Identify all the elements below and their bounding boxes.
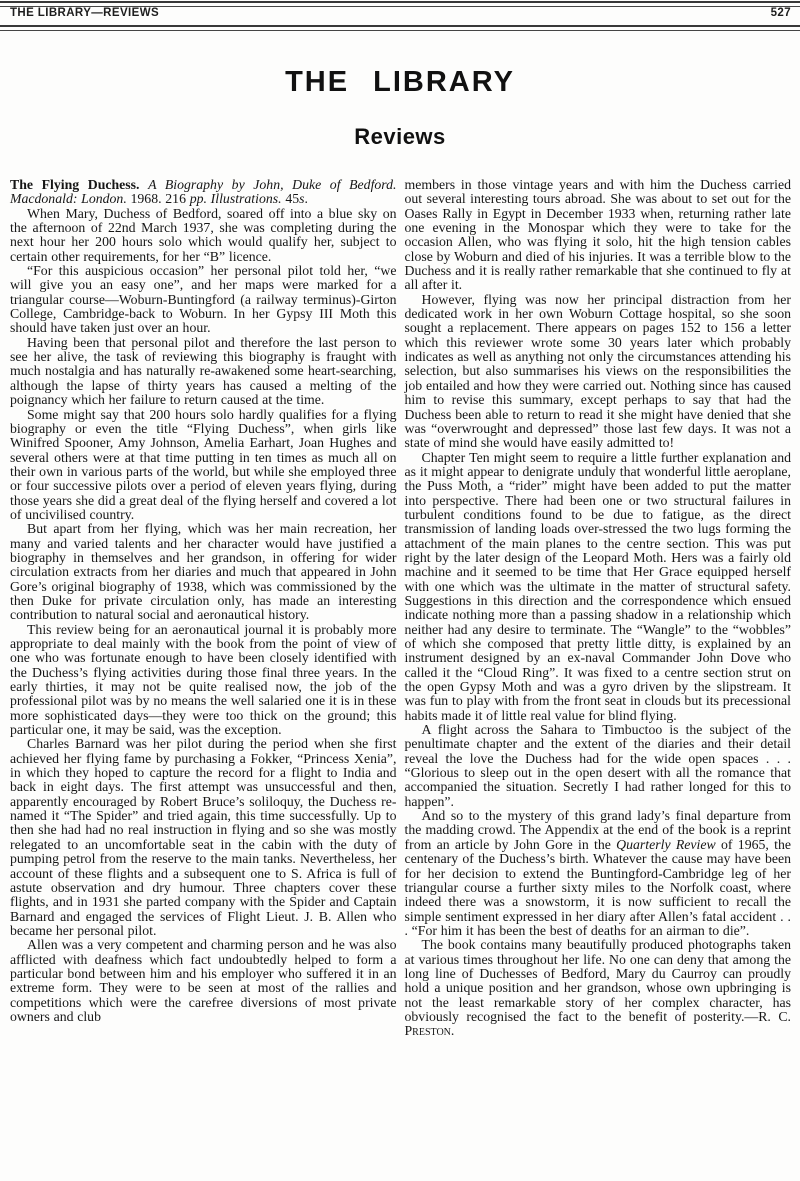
running-head: THE LIBRARY—REVIEWS	[10, 7, 159, 19]
paragraph: Having been that personal pilot and ther…	[10, 336, 397, 408]
text-segment	[139, 177, 148, 192]
text-segment: .	[305, 191, 308, 206]
text-segment: pp. Illustrations.	[190, 191, 282, 206]
paragraph: Allen was a very competent and charming …	[10, 938, 397, 1024]
paragraph: members in those vintage years and with …	[405, 178, 792, 293]
page-title: THE LIBRARY	[0, 66, 800, 99]
text-segment: However, flying was now her principal di…	[405, 292, 792, 450]
text-segment: A flight across the Sahara to Timbuctoo …	[405, 722, 792, 809]
text-segment: Allen was a very competent and charming …	[10, 937, 397, 1024]
paragraph: The Flying Duchess. A Biography by John,…	[10, 178, 397, 207]
text-segment: The Flying Duchess.	[10, 177, 139, 192]
paragraph: And so to the mystery of this grand lady…	[405, 809, 792, 938]
header-double-rule	[0, 25, 800, 31]
text-segment: Having been that personal pilot and ther…	[10, 335, 397, 407]
paragraph: However, flying was now her principal di…	[405, 293, 792, 451]
column-right: members in those vintage years and with …	[405, 178, 792, 1039]
paragraph: Some might say that 200 hours solo hardl…	[10, 408, 397, 523]
journal-page: THE LIBRARY—REVIEWS 527 THE LIBRARY Revi…	[0, 0, 800, 1181]
text-segment: The book contains many beautifully produ…	[405, 937, 792, 1024]
text-segment: Some might say that 200 hours solo hardl…	[10, 407, 397, 522]
text-segment: Chapter Ten might seem to require a litt…	[405, 450, 792, 723]
paragraph: Charles Barnard was her pilot during the…	[10, 737, 397, 938]
paragraph: When Mary, Duchess of Bedford, soared of…	[10, 207, 397, 264]
text-segment: When Mary, Duchess of Bedford, soared of…	[10, 206, 397, 264]
paragraph: Chapter Ten might seem to require a litt…	[405, 451, 792, 724]
review-body: The Flying Duchess. A Biography by John,…	[10, 178, 791, 1039]
text-segment: members in those vintage years and with …	[405, 177, 792, 292]
paragraph: This review being for an aeronautical jo…	[10, 623, 397, 738]
paragraph: The book contains many beautifully produ…	[405, 938, 792, 1038]
text-segment: Charles Barnard was her pilot during the…	[10, 736, 397, 937]
running-header-row: THE LIBRARY—REVIEWS 527	[10, 7, 791, 19]
text-segment: 1968. 216	[127, 191, 190, 206]
paragraph: But apart from her flying, which was her…	[10, 522, 397, 622]
text-segment: But apart from her flying, which was her…	[10, 521, 397, 622]
paragraph: “For this auspicious occasion” her perso…	[10, 264, 397, 336]
page-number: 527	[771, 7, 791, 19]
text-segment: This review being for an aeronautical jo…	[10, 622, 397, 737]
paragraph: A flight across the Sahara to Timbuctoo …	[405, 723, 792, 809]
text-segment: 45	[282, 191, 300, 206]
section-title: Reviews	[0, 124, 800, 150]
text-segment: Quarterly Review	[616, 837, 716, 852]
text-segment: “For this auspicious occasion” her perso…	[10, 263, 397, 335]
column-left: The Flying Duchess. A Biography by John,…	[10, 178, 397, 1039]
text-segment: of 1965, the centenary of the Duchess’s …	[405, 837, 792, 938]
